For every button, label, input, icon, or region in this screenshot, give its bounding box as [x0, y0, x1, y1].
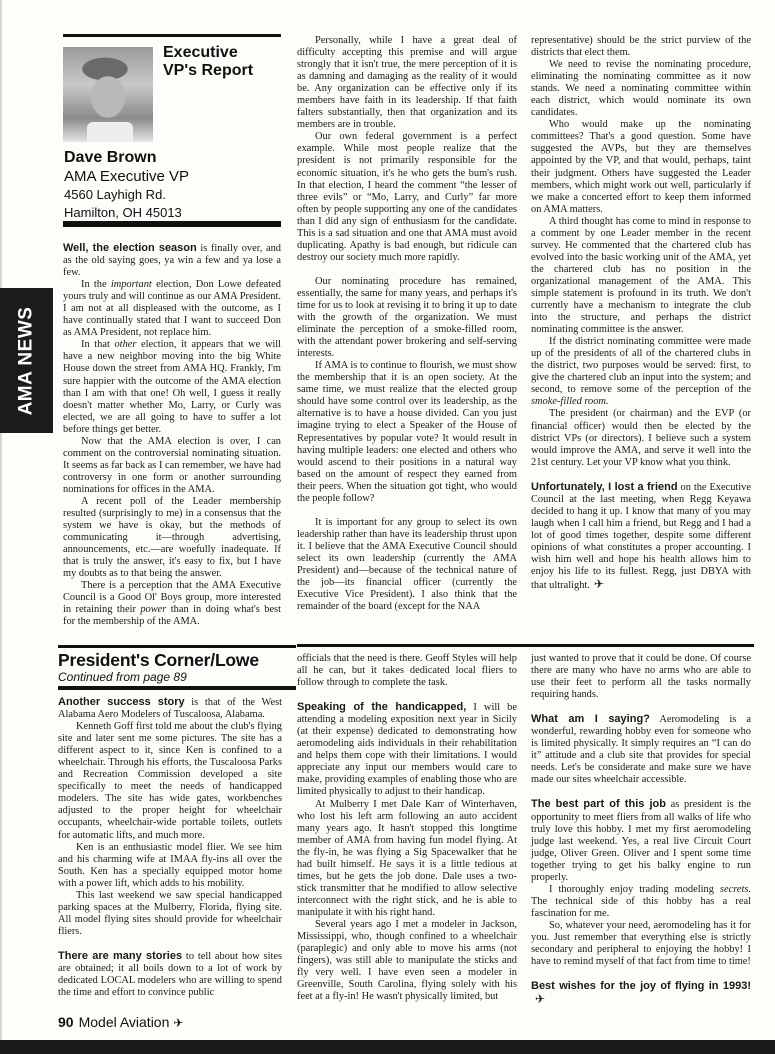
- paragraph: Well, the election season is finally ove…: [63, 242, 281, 279]
- column-title: Executive VP's Report: [163, 44, 293, 80]
- author-block: Dave Brown AMA Executive VP 4560 Layhigh…: [64, 148, 294, 222]
- paragraph: The best part of this job as president i…: [531, 798, 751, 883]
- paragraph: Personally, while I have a great deal of…: [297, 35, 517, 131]
- paragraph: Ken is an enthusiastic model flier. We s…: [58, 842, 282, 890]
- paragraph: Unfortunately, I lost a friend on the Ex…: [531, 481, 751, 592]
- section-tab-ama-news: AMA NEWS: [0, 288, 53, 433]
- pc-column-2: officials that the need is there. Geoff …: [297, 653, 517, 1003]
- paragraph: I thoroughly enjoy trading modeling secr…: [531, 884, 751, 920]
- closing-line: Best wishes for the joy of flying in 199…: [531, 980, 751, 1007]
- paragraph: We need to revise the nominating procedu…: [531, 59, 751, 119]
- paragraph: Our own federal government is a perfect …: [297, 131, 517, 264]
- paragraph: Another success story is that of the Wes…: [58, 696, 282, 721]
- paragraph: just wanted to prove that it could be do…: [531, 653, 751, 701]
- vp-report-column-1: Well, the election season is finally ove…: [63, 242, 281, 629]
- paragraph: There is a perception that the AMA Execu…: [63, 580, 281, 628]
- author-address-line1: 4560 Layhigh Rd.: [64, 186, 294, 204]
- header-rule-bottom: [63, 221, 281, 227]
- paragraph: Who would make up the nominating committ…: [531, 119, 751, 215]
- page-number: 90: [58, 1014, 74, 1030]
- magazine-page: AMA NEWS Executive VP's Report Dave Brow…: [0, 0, 775, 1054]
- page-edge: [0, 0, 2, 1040]
- paragraph: This last weekend we saw special handica…: [58, 890, 282, 938]
- paragraph: It is important for any group to select …: [297, 517, 517, 613]
- author-address-line2: Hamilton, OH 45013: [64, 204, 294, 222]
- paragraph: At Mulberry I met Dale Karr of Winterhav…: [297, 799, 517, 919]
- airplane-icon: ✈: [535, 993, 545, 1005]
- lead-in: There are many stories: [58, 950, 182, 962]
- paragraph: Several years ago I met a modeler in Jac…: [297, 919, 517, 1003]
- lead-in: The best part of this job: [531, 798, 666, 810]
- pc-rule-top: [58, 645, 296, 648]
- paragraph: A third thought has come to mind in resp…: [531, 216, 751, 336]
- column-title-line1: Executive: [163, 44, 293, 62]
- paragraph: The president (or chairman) and the EVP …: [531, 408, 751, 468]
- section-tab-label: AMA NEWS: [16, 306, 38, 415]
- paragraph: representative) should be the strict pur…: [531, 35, 751, 59]
- paragraph: What am I saying? Aeromodeling is a wond…: [531, 713, 751, 786]
- lead-in: Another success story: [58, 696, 185, 708]
- paragraph: If AMA is to continue to flourish, we mu…: [297, 360, 517, 505]
- pc-column-1: Another success story is that of the Wes…: [58, 696, 282, 999]
- pc-rule-bottom: [58, 686, 296, 690]
- publication-name: Model Aviation: [79, 1014, 170, 1030]
- vp-report-column-2: Personally, while I have a great deal of…: [297, 35, 517, 613]
- lead-in: Speaking of the handicapped,: [297, 701, 466, 713]
- header-rule-top: [63, 34, 281, 37]
- pc-subtitle: Continued from page 89: [58, 670, 298, 684]
- scan-bottom-edge: [0, 1040, 775, 1054]
- author-name: Dave Brown: [64, 148, 294, 167]
- lead-in: What am I saying?: [531, 713, 650, 725]
- column-title-line2: VP's Report: [163, 62, 293, 80]
- paragraph: Kenneth Goff first told me about the clu…: [58, 721, 282, 841]
- paragraph: In the important election, Don Lowe defe…: [63, 279, 281, 339]
- paragraph: In that other election, it appears that …: [63, 339, 281, 435]
- paragraph: officials that the need is there. Geoff …: [297, 653, 517, 689]
- page-footer: 90Model Aviation✈: [58, 1014, 183, 1030]
- airplane-icon: ✈: [594, 578, 604, 590]
- pc-header: President's Corner/Lowe Continued from p…: [58, 650, 298, 684]
- paragraph: So, whatever your need, aeromodeling has…: [531, 920, 751, 968]
- paragraph: Our nominating procedure has remained, e…: [297, 276, 517, 360]
- paragraph: If the district nominating committee wer…: [531, 336, 751, 408]
- author-photo: [63, 47, 153, 142]
- pc-column-3: just wanted to prove that it could be do…: [531, 653, 751, 1007]
- paragraph: There are many stories to tell about how…: [58, 950, 282, 999]
- paragraph: A recent poll of the Leader membership r…: [63, 496, 281, 580]
- pc-title: President's Corner/Lowe: [58, 650, 298, 670]
- paragraph: Now that the AMA election is over, I can…: [63, 436, 281, 496]
- lead-in: Well, the election season: [63, 242, 197, 254]
- author-role: AMA Executive VP: [64, 167, 294, 186]
- lead-in: Unfortunately, I lost a friend: [531, 481, 678, 493]
- vp-report-column-3: representative) should be the strict pur…: [531, 35, 751, 592]
- airplane-icon: ✈: [173, 1016, 183, 1030]
- paragraph: Speaking of the handicapped, I will be a…: [297, 701, 517, 798]
- pc-rule-wide: [297, 644, 754, 647]
